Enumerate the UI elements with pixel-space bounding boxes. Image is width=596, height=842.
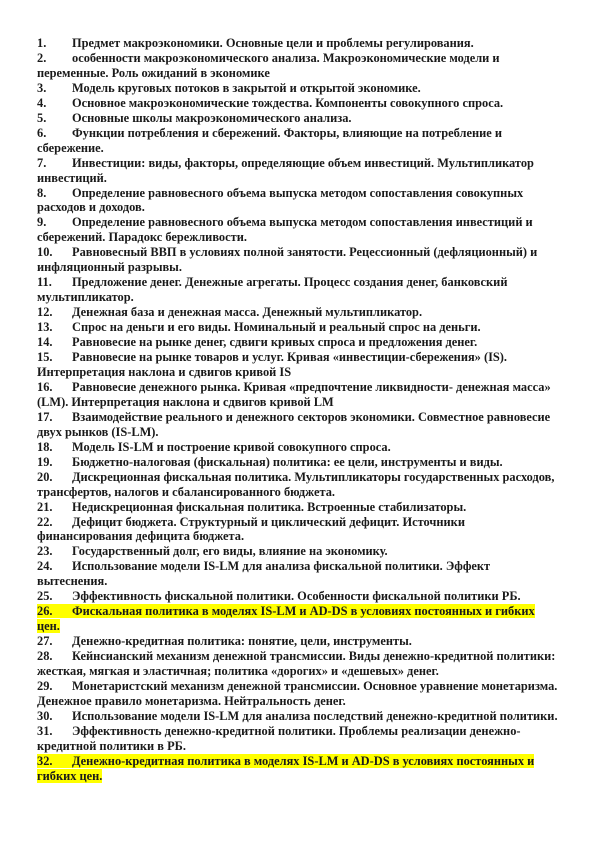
item-text-wrap: 17.Взаимодействие реального и денежного …	[37, 410, 550, 439]
item-text-wrap: 16.Равновесие денежного рынка. Кривая «п…	[37, 380, 551, 409]
item-text: Монетаристский механизм денежной трансми…	[37, 679, 557, 708]
list-item: 20.Дискреционная фискальная политика. Му…	[37, 470, 560, 500]
list-item: 26.Фискальная политика в моделях IS-LM и…	[37, 604, 560, 634]
item-number: 1.	[37, 36, 72, 51]
highlighted-text: 32.Денежно-кредитная политика в моделях …	[37, 754, 534, 783]
item-text-wrap: 8.Определение равновесного объема выпуск…	[37, 186, 523, 215]
list-item: 19.Бюджетно-налоговая (фискальная) полит…	[37, 455, 560, 470]
list-item: 1.Предмет макроэкономики. Основные цели …	[37, 36, 560, 51]
list-item: 11.Предложение денег. Денежные агрегаты.…	[37, 275, 560, 305]
item-text-wrap: 28.Кейнсианский механизм денежной трансм…	[37, 649, 555, 678]
item-number: 8.	[37, 186, 72, 201]
list-item: 13.Спрос на деньги и его виды. Номинальн…	[37, 320, 560, 335]
item-text: Денежная база и денежная масса. Денежный…	[72, 305, 422, 319]
item-number: 7.	[37, 156, 72, 171]
item-number: 32.	[37, 754, 72, 769]
item-number: 14.	[37, 335, 72, 350]
item-text: Равновесие денежного рынка. Кривая «пред…	[37, 380, 551, 409]
item-number: 11.	[37, 275, 72, 290]
item-text-wrap: 25.Эффективность фискальной политики. Ос…	[37, 589, 521, 603]
item-text-wrap: 3.Модель круговых потоков в закрытой и о…	[37, 81, 421, 95]
item-text-wrap: 7.Инвестиции: виды, факторы, определяющи…	[37, 156, 534, 185]
item-text: Спрос на деньги и его виды. Номинальный …	[72, 320, 481, 334]
item-text: Дефицит бюджета. Структурный и циклическ…	[37, 515, 465, 544]
item-text-wrap: 14.Равновесие на рынке денег, сдвиги кри…	[37, 335, 477, 349]
list-item: 16.Равновесие денежного рынка. Кривая «п…	[37, 380, 560, 410]
item-text-wrap: 22.Дефицит бюджета. Структурный и циклич…	[37, 515, 465, 544]
item-text: Равновесие на рынке товаров и услуг. Кри…	[37, 350, 507, 379]
item-number: 16.	[37, 380, 72, 395]
item-number: 9.	[37, 215, 72, 230]
item-text-wrap: 23.Государственный долг, его виды, влиян…	[37, 544, 388, 558]
list-item: 30.Использование модели IS-LM для анализ…	[37, 709, 560, 724]
list-item: 28.Кейнсианский механизм денежной трансм…	[37, 649, 560, 679]
item-number: 20.	[37, 470, 72, 485]
list-item: 15.Равновесие на рынке товаров и услуг. …	[37, 350, 560, 380]
item-text-wrap: 21.Недискреционная фискальная политика. …	[37, 500, 466, 514]
item-text: Модель IS-LM и построение кривой совокуп…	[72, 440, 391, 454]
list-item: 8.Определение равновесного объема выпуск…	[37, 186, 560, 216]
list-item: 5.Основные школы макроэкономического ана…	[37, 111, 560, 126]
item-text: Кейнсианский механизм денежной трансмисс…	[37, 649, 555, 678]
list-item: 6.Функции потребления и сбережений. Факт…	[37, 126, 560, 156]
item-text: Инвестиции: виды, факторы, определяющие …	[37, 156, 534, 185]
item-number: 30.	[37, 709, 72, 724]
item-number: 28.	[37, 649, 72, 664]
list-item: 25.Эффективность фискальной политики. Ос…	[37, 589, 560, 604]
item-number: 13.	[37, 320, 72, 335]
list-item: 23.Государственный долг, его виды, влиян…	[37, 544, 560, 559]
item-number: 21.	[37, 500, 72, 515]
item-number: 3.	[37, 81, 72, 96]
item-number: 23.	[37, 544, 72, 559]
list-item: 4.Основное макроэкономические тождества.…	[37, 96, 560, 111]
item-number: 10.	[37, 245, 72, 260]
list-item: 3.Модель круговых потоков в закрытой и о…	[37, 81, 560, 96]
item-text: Дискреционная фискальная политика. Мульт…	[37, 470, 554, 499]
item-text-wrap: 18.Модель IS-LM и построение кривой сово…	[37, 440, 391, 454]
item-text: Взаимодействие реального и денежного сек…	[37, 410, 550, 439]
list-item: 2.особенности макроэкономического анализ…	[37, 51, 560, 81]
list-item: 14.Равновесие на рынке денег, сдвиги кри…	[37, 335, 560, 350]
item-number: 4.	[37, 96, 72, 111]
list-item: 7.Инвестиции: виды, факторы, определяющи…	[37, 156, 560, 186]
item-text: Определение равновесного объема выпуска …	[37, 215, 533, 244]
list-item: 27.Денежно-кредитная политика: понятие, …	[37, 634, 560, 649]
item-text-wrap: 24.Использование модели IS-LM для анализ…	[37, 559, 490, 588]
list-item: 9.Определение равновесного объема выпуск…	[37, 215, 560, 245]
item-text: Фискальная политика в моделях IS-LM и AD…	[37, 604, 535, 633]
list-item: 32.Денежно-кредитная политика в моделях …	[37, 754, 560, 784]
item-text: Государственный долг, его виды, влияние …	[72, 544, 388, 558]
item-text: Предложение денег. Денежные агрегаты. Пр…	[37, 275, 507, 304]
item-number: 29.	[37, 679, 72, 694]
item-number: 18.	[37, 440, 72, 455]
list-item: 12.Денежная база и денежная масса. Денеж…	[37, 305, 560, 320]
item-number: 19.	[37, 455, 72, 470]
item-text-wrap: 1.Предмет макроэкономики. Основные цели …	[37, 36, 474, 50]
item-text-wrap: 13.Спрос на деньги и его виды. Номинальн…	[37, 320, 481, 334]
item-text: Бюджетно-налоговая (фискальная) политика…	[72, 455, 503, 469]
item-number: 6.	[37, 126, 72, 141]
item-text-wrap: 10.Равновесный ВВП в условиях полной зан…	[37, 245, 537, 274]
question-list: 1.Предмет макроэкономики. Основные цели …	[37, 36, 560, 784]
highlighted-text: 26.Фискальная политика в моделях IS-LM и…	[37, 604, 535, 633]
item-text: Денежно-кредитная политика в моделях IS-…	[37, 754, 534, 783]
list-item: 22.Дефицит бюджета. Структурный и циклич…	[37, 515, 560, 545]
item-text-wrap: 6.Функции потребления и сбережений. Факт…	[37, 126, 502, 155]
item-text: Использование модели IS-LM для анализа ф…	[37, 559, 490, 588]
item-number: 27.	[37, 634, 72, 649]
item-text: Основное макроэкономические тождества. К…	[72, 96, 503, 110]
item-text: Модель круговых потоков в закрытой и отк…	[72, 81, 421, 95]
item-number: 22.	[37, 515, 72, 530]
list-item: 10.Равновесный ВВП в условиях полной зан…	[37, 245, 560, 275]
item-text-wrap: 9.Определение равновесного объема выпуск…	[37, 215, 533, 244]
item-text-wrap: 15.Равновесие на рынке товаров и услуг. …	[37, 350, 507, 379]
item-number: 26.	[37, 604, 72, 619]
item-text: Использование модели IS-LM для анализа п…	[72, 709, 558, 723]
item-text: Недискреционная фискальная политика. Вст…	[72, 500, 466, 514]
item-text-wrap: 27.Денежно-кредитная политика: понятие, …	[37, 634, 412, 648]
list-item: 24.Использование модели IS-LM для анализ…	[37, 559, 560, 589]
item-number: 5.	[37, 111, 72, 126]
item-number: 25.	[37, 589, 72, 604]
item-text-wrap: 4.Основное макроэкономические тождества.…	[37, 96, 503, 110]
item-text-wrap: 31.Эффективность денежно-кредитной полит…	[37, 724, 521, 753]
list-item: 17.Взаимодействие реального и денежного …	[37, 410, 560, 440]
item-text: Основные школы макроэкономического анали…	[72, 111, 352, 125]
item-text: Определение равновесного объема выпуска …	[37, 186, 523, 215]
item-text-wrap: 30.Использование модели IS-LM для анализ…	[37, 709, 558, 723]
item-text: Денежно-кредитная политика: понятие, цел…	[72, 634, 412, 648]
item-text-wrap: 19.Бюджетно-налоговая (фискальная) полит…	[37, 455, 503, 469]
list-item: 31.Эффективность денежно-кредитной полит…	[37, 724, 560, 754]
item-text-wrap: 29.Монетаристский механизм денежной тран…	[37, 679, 557, 708]
item-text-wrap: 11.Предложение денег. Денежные агрегаты.…	[37, 275, 507, 304]
item-number: 24.	[37, 559, 72, 574]
list-item: 18.Модель IS-LM и построение кривой сово…	[37, 440, 560, 455]
item-text-wrap: 5.Основные школы макроэкономического ана…	[37, 111, 352, 125]
item-text: Эффективность фискальной политики. Особе…	[72, 589, 521, 603]
item-text: Функции потребления и сбережений. Фактор…	[37, 126, 502, 155]
list-item: 21.Недискреционная фискальная политика. …	[37, 500, 560, 515]
item-number: 15.	[37, 350, 72, 365]
item-text: Эффективность денежно-кредитной политики…	[37, 724, 521, 753]
item-number: 2.	[37, 51, 72, 66]
item-text-wrap: 12.Денежная база и денежная масса. Денеж…	[37, 305, 422, 319]
item-number: 12.	[37, 305, 72, 320]
item-text-wrap: 2.особенности макроэкономического анализ…	[37, 51, 500, 80]
item-number: 17.	[37, 410, 72, 425]
item-text: Равновесный ВВП в условиях полной занято…	[37, 245, 537, 274]
list-item: 29.Монетаристский механизм денежной тран…	[37, 679, 560, 709]
item-number: 31.	[37, 724, 72, 739]
item-text: Равновесие на рынке денег, сдвиги кривых…	[72, 335, 477, 349]
item-text-wrap: 20.Дискреционная фискальная политика. Му…	[37, 470, 554, 499]
item-text: Предмет макроэкономики. Основные цели и …	[72, 36, 474, 50]
item-text: особенности макроэкономического анализа.…	[37, 51, 500, 80]
